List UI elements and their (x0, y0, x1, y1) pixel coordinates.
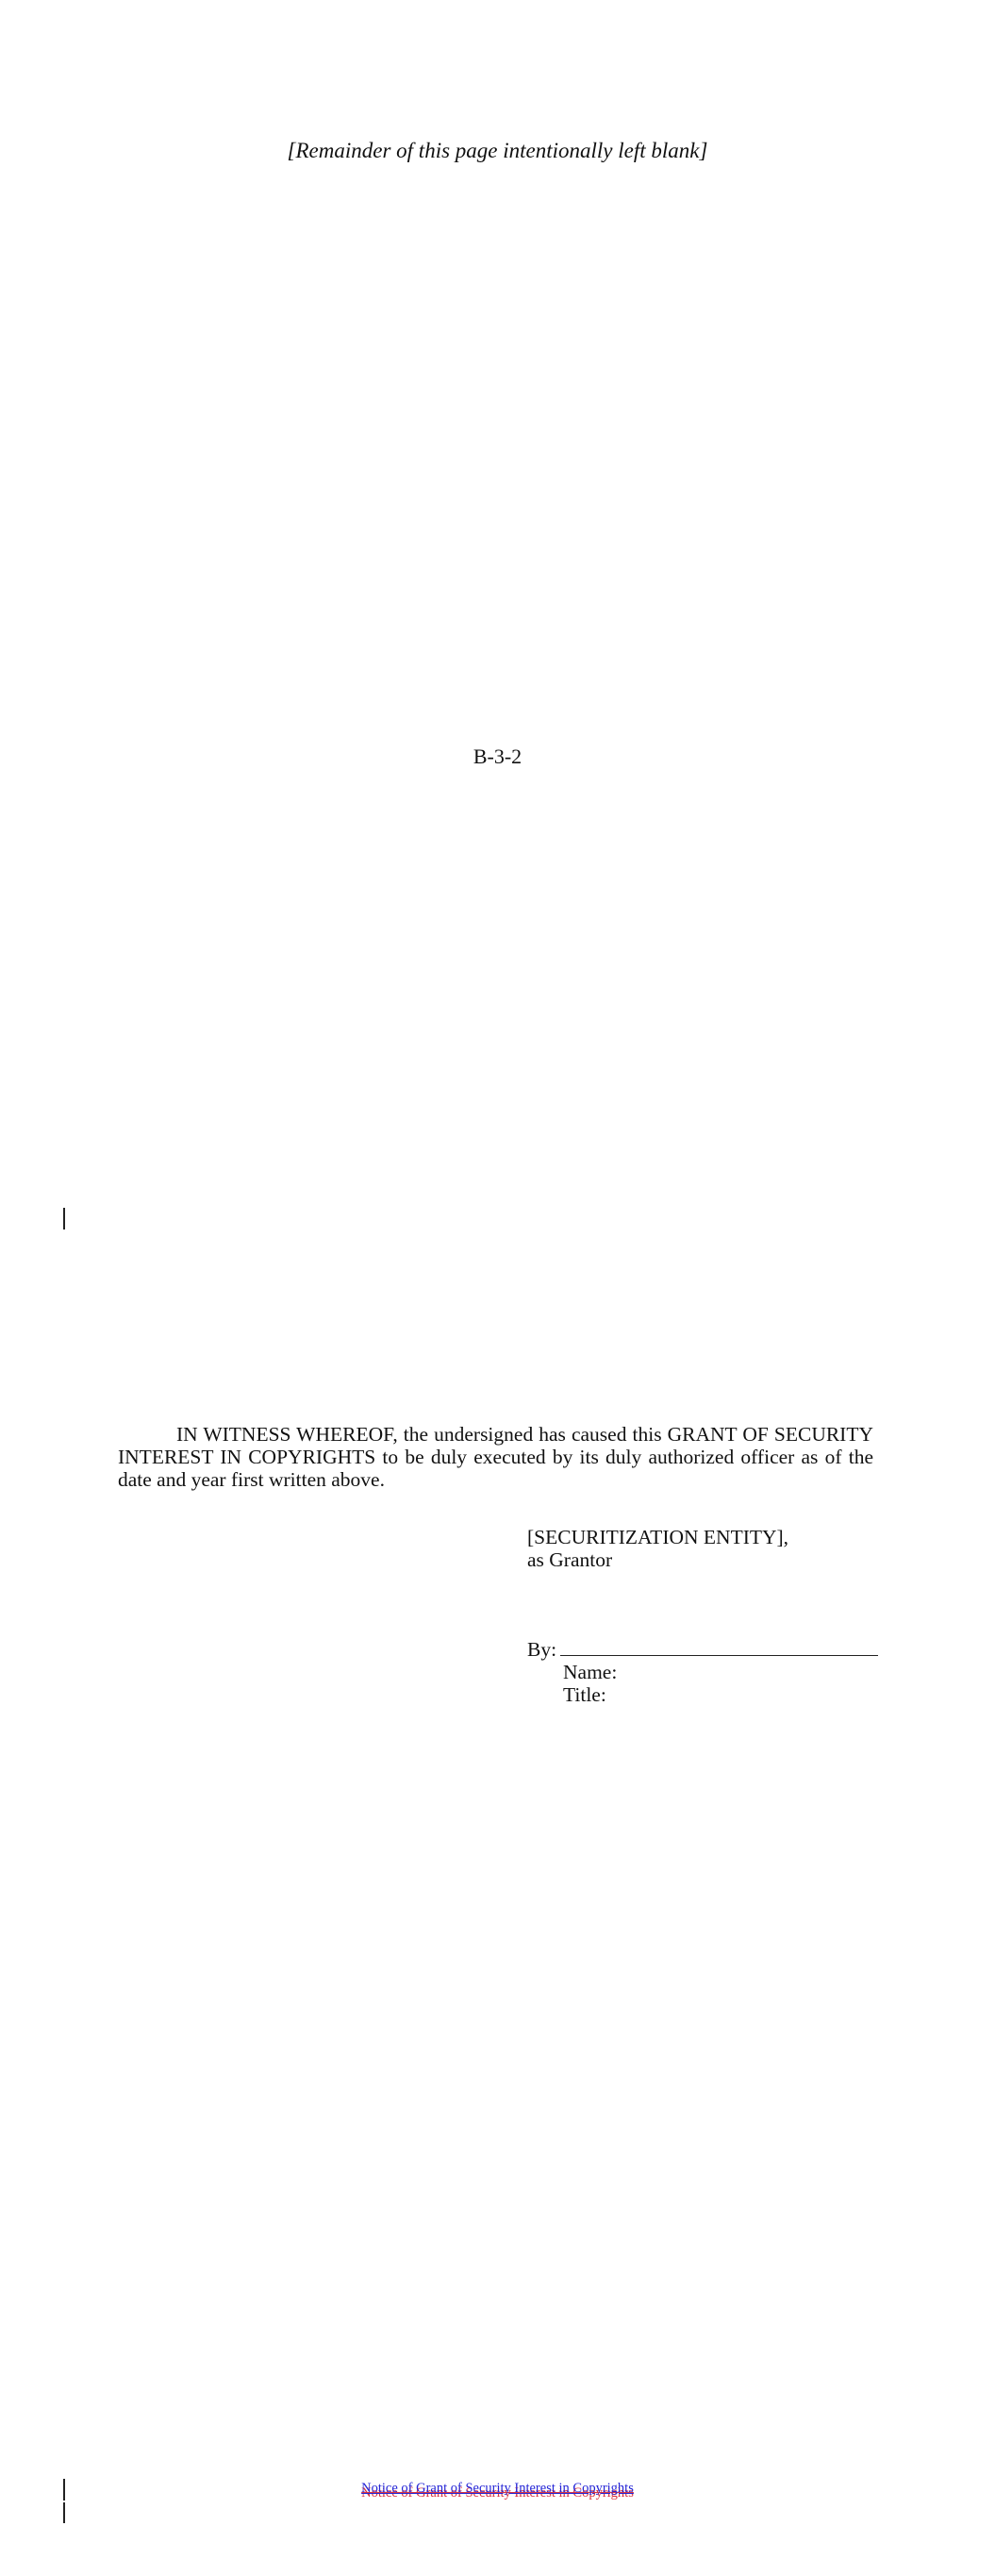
signature-by-line: By: (527, 1638, 886, 1661)
revision-change-bar (63, 2502, 65, 2523)
blank-page-notice: [Remainder of this page intentionally le… (0, 138, 995, 164)
signature-entity-block: [SECURITIZATION ENTITY], as Grantor (527, 1526, 788, 1571)
revision-change-bar (63, 1208, 65, 1229)
witness-paragraph: IN WITNESS WHEREOF, the undersigned has … (118, 1423, 873, 1491)
by-label: By: (527, 1638, 556, 1661)
grantor-entity-name: [SECURITIZATION ENTITY], (527, 1526, 788, 1548)
title-label: Title: (563, 1683, 606, 1706)
grantor-role: as Grantor (527, 1548, 788, 1571)
footer-inserted-text: Notice of Grant of Security Interest in … (0, 2481, 995, 2496)
name-label: Name: (563, 1661, 617, 1683)
signature-line[interactable] (560, 1638, 878, 1656)
page-number: B-3-2 (0, 744, 995, 769)
